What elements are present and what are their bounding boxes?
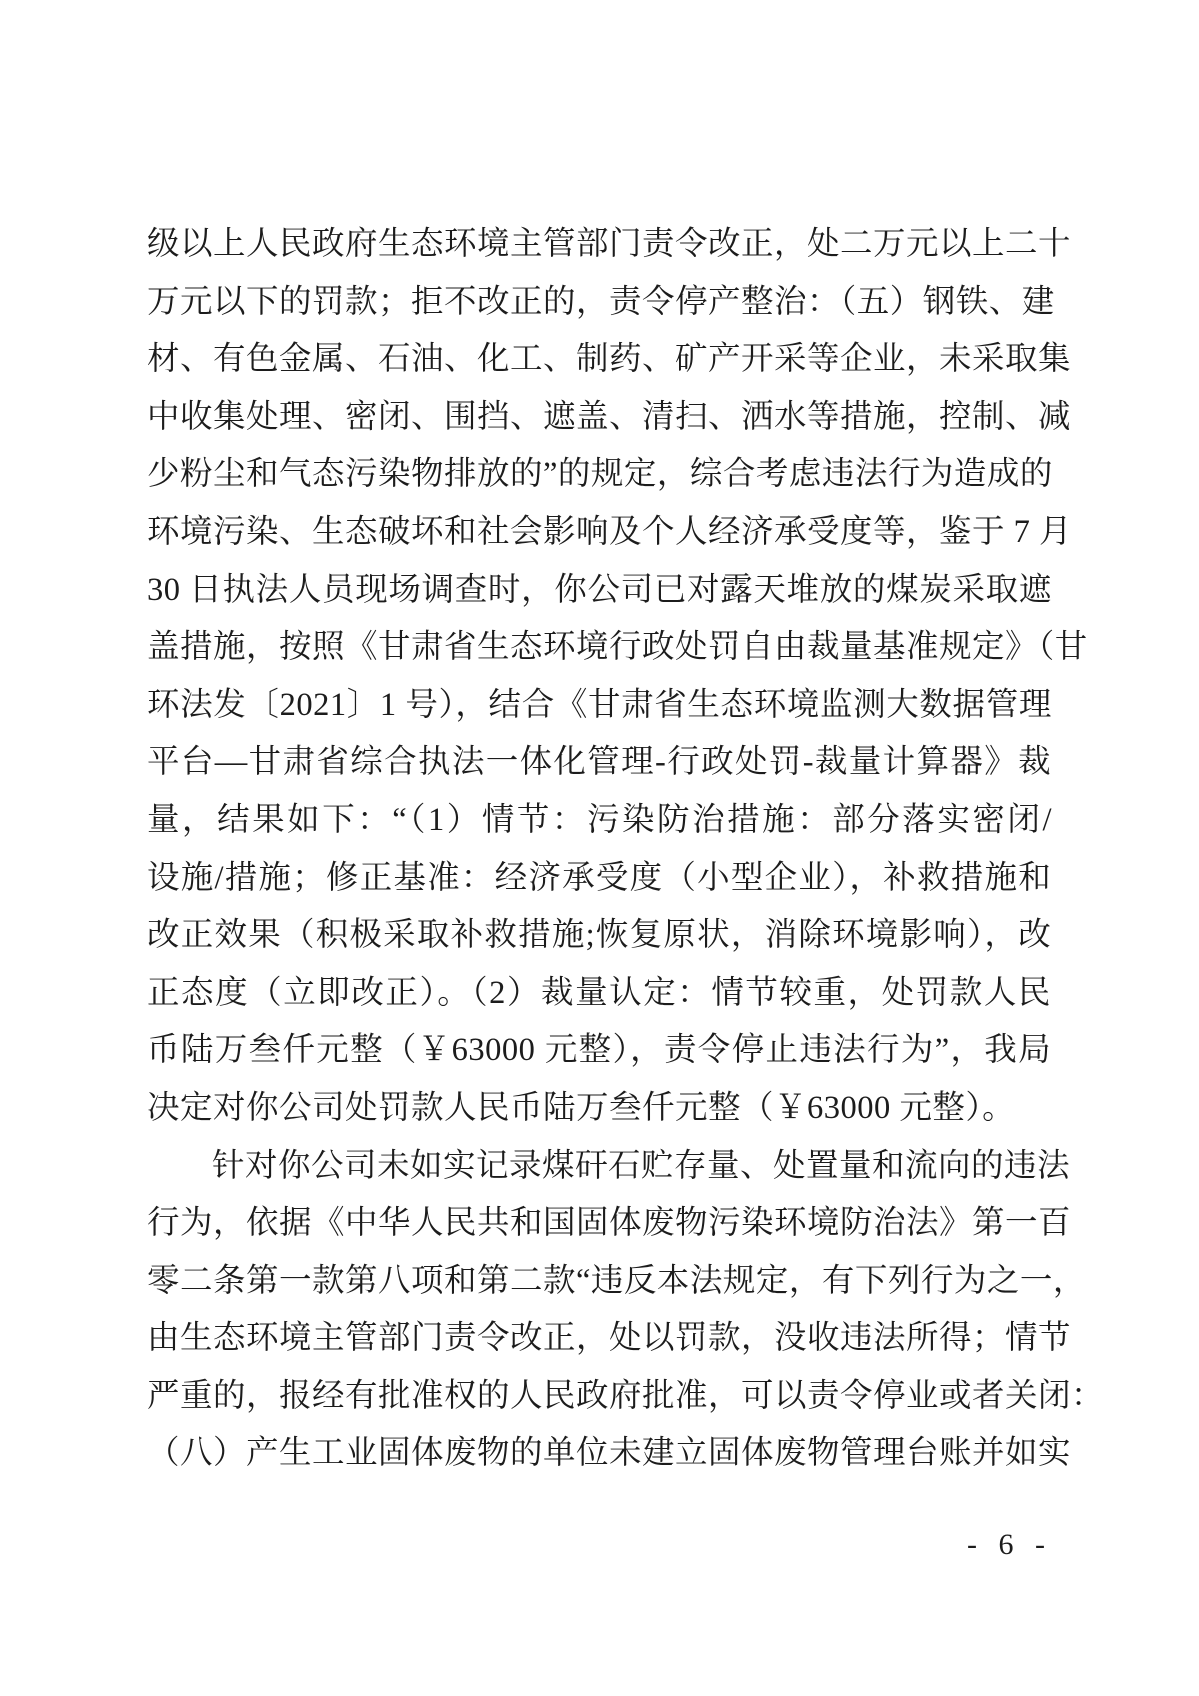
text-line: 平台—甘肃省综合执法一体化管理-行政处罚-裁量计算器》裁: [147, 734, 1052, 792]
text-line: 设施/措施；修正基准：经济承受度（小型企业），补救措施和: [147, 850, 1052, 908]
text-line: （八）产生工业固体废物的单位未建立固体废物管理台账并如实: [147, 1425, 1052, 1483]
text-line: 正态度（立即改正）。（2）裁量认定：情节较重，处罚款人民: [147, 965, 1052, 1023]
text-line: 改正效果（积极采取补救措施;恢复原状，消除环境影响），改: [147, 907, 1052, 965]
page-number: - 6 -: [967, 1528, 1052, 1562]
text-line: 级以上人民政府生态环境主管部门责令改正，处二万元以上二十: [147, 216, 1052, 274]
text-line: 少粉尘和气态污染物排放的”的规定，综合考虑违法行为造成的: [147, 446, 1052, 504]
document-page: 级以上人民政府生态环境主管部门责令改正，处二万元以上二十 万元以下的罚款；拒不改…: [0, 0, 1199, 1696]
text-line: 材、有色金属、石油、化工、制药、矿产开采等企业，未采取集: [147, 331, 1052, 389]
text-line: 决定对你公司处罚款人民币陆万叁仟元整（￥63000 元整）。: [147, 1080, 1052, 1138]
text-line: 严重的，报经有批准权的人民政府批准，可以责令停业或者关闭：: [147, 1368, 1052, 1426]
text-line-paragraph-start: 针对你公司未如实记录煤矸石贮存量、处置量和流向的违法: [147, 1138, 1052, 1196]
text-line: 30 日执法人员现场调查时，你公司已对露天堆放的煤炭采取遮: [147, 562, 1052, 620]
text-line: 币陆万叁仟元整（￥63000 元整），责令停止违法行为”，我局: [147, 1022, 1052, 1080]
text-line: 环境污染、生态破坏和社会影响及个人经济承受度等，鉴于 7 月: [147, 504, 1052, 562]
text-line: 零二条第一款第八项和第二款“违反本法规定，有下列行为之一，: [147, 1253, 1052, 1311]
text-line: 万元以下的罚款；拒不改正的，责令停产整治：（五）钢铁、建: [147, 274, 1052, 332]
document-body: 级以上人民政府生态环境主管部门责令改正，处二万元以上二十 万元以下的罚款；拒不改…: [147, 216, 1052, 1483]
text-line: 盖措施，按照《甘肃省生态环境行政处罚自由裁量基准规定》（甘: [147, 619, 1052, 677]
text-line: 行为，依据《中华人民共和国固体废物污染环境防治法》第一百: [147, 1195, 1052, 1253]
text-line: 量，结果如下：“（1）情节：污染防治措施：部分落实密闭/: [147, 792, 1052, 850]
text-line: 环法发〔2021〕1 号），结合《甘肃省生态环境监测大数据管理: [147, 677, 1052, 735]
text-line: 中收集处理、密闭、围挡、遮盖、清扫、洒水等措施，控制、减: [147, 389, 1052, 447]
text-line: 由生态环境主管部门责令改正，处以罚款，没收违法所得；情节: [147, 1310, 1052, 1368]
